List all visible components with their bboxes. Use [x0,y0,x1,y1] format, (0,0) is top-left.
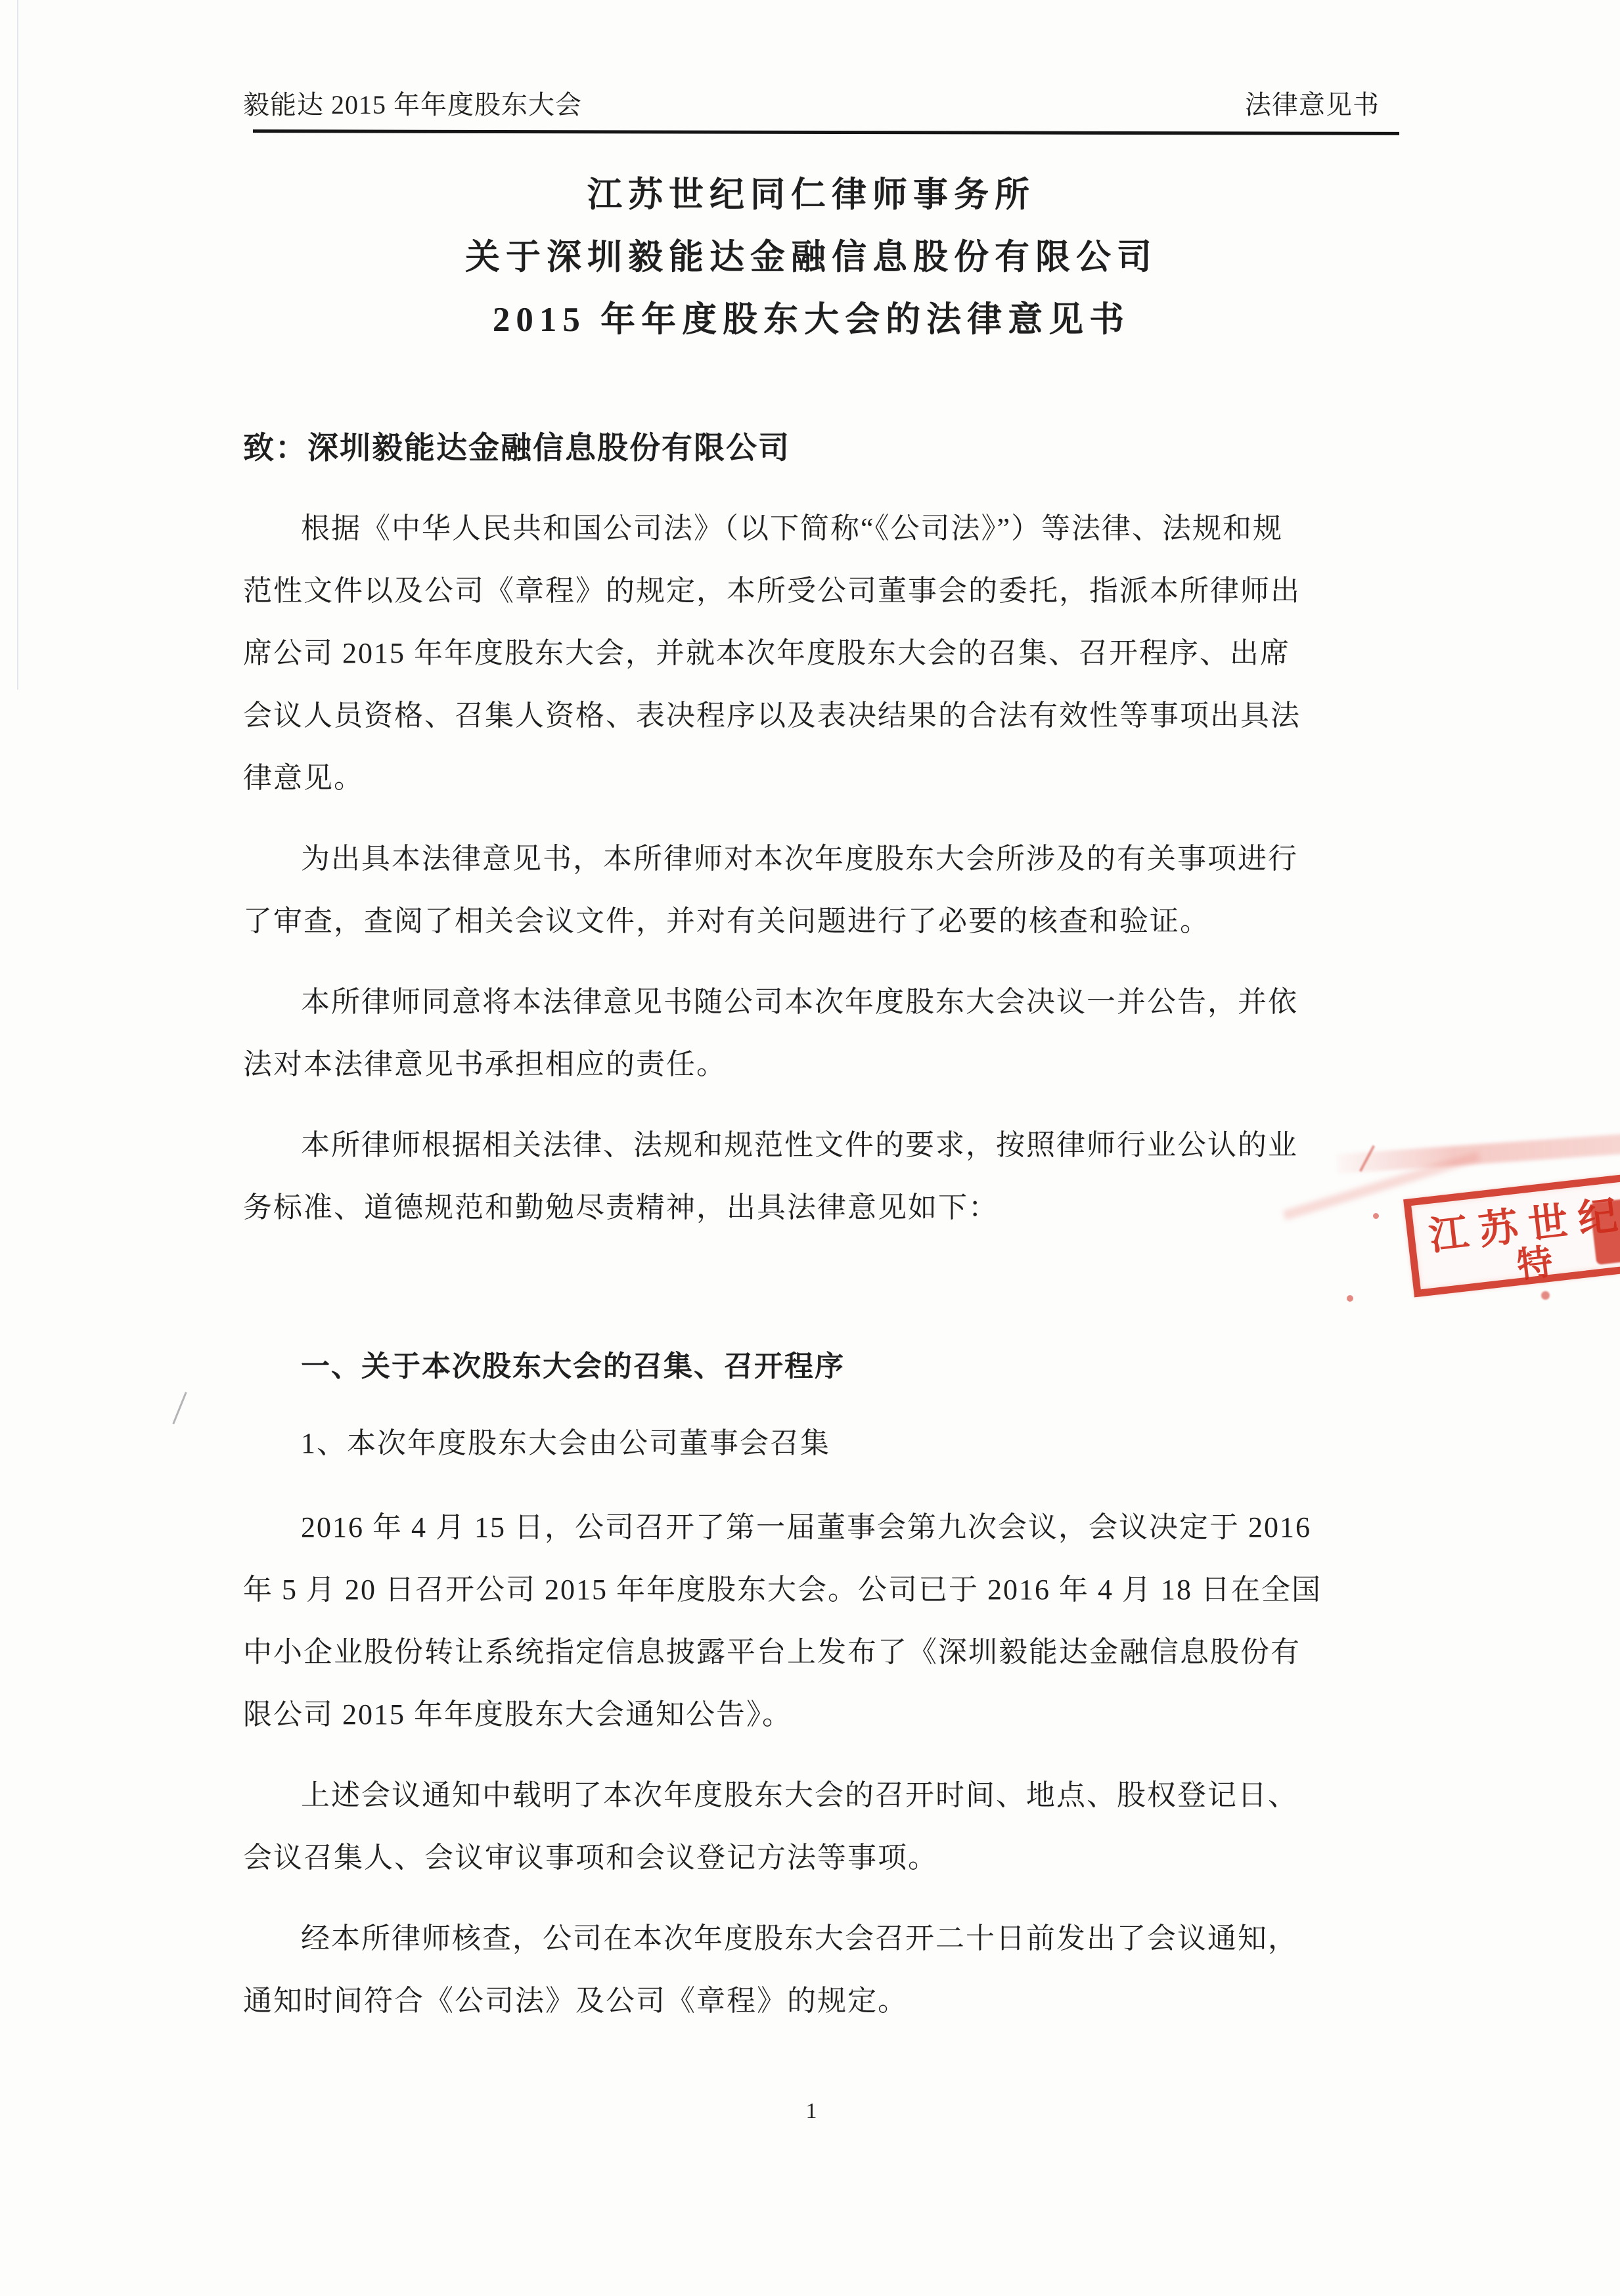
paragraph-basis: 根据《中华人民共和国公司法》（以下简称“《公司法》”）等法律、法规和规 范性文件… [243,497,1380,809]
page-number: 1 [243,2099,1380,2124]
paragraph-standards: 本所律师根据相关法律、法规和规范性文件的要求，按照律师行业公认的业 务标准、道德… [243,1114,1380,1239]
header-left-text: 毅能达 2015 年年度股东大会 [243,84,582,121]
stamp-ink-dot [1541,1291,1550,1300]
text-line: 中小企业股份转让系统指定信息披露平台上发布了《深圳毅能达金融信息股份有 [243,1621,1380,1683]
section-subheading-1: 1、本次年度股东大会由公司董事会召集 [243,1412,1380,1474]
subheading-line: 1、本次年度股东大会由公司董事会召集 [243,1412,1380,1474]
title-line-subject: 2015 年年度股东大会的法律意见书 [243,289,1380,351]
title-line-company: 关于深圳毅能达金融信息股份有限公司 [243,227,1380,289]
stamp-ink-dot [1347,1295,1353,1302]
paragraph-notice-contents: 上述会议通知中载明了本次年度股东大会的召开时间、地点、股权登记日、 会议召集人、… [243,1764,1380,1889]
text-line: 根据《中华人民共和国公司法》（以下简称“《公司法》”）等法律、法规和规 [243,497,1380,560]
paragraph-board-meeting: 2016 年 4 月 15 日，公司召开了第一届董事会第九次会议，会议决定于 2… [243,1496,1380,1746]
paragraph-review: 为出具本法律意见书，本所律师对本次年度股东大会所涉及的有关事项进行 了审查，查阅… [243,828,1380,952]
text-line: 会议人员资格、召集人资格、表决程序以及表决结果的合法有效性等事项出具法 [243,684,1380,747]
scan-edge-artifact [17,0,18,690]
text-line: 2016 年 4 月 15 日，公司召开了第一届董事会第九次会议，会议决定于 2… [243,1496,1380,1558]
law-firm-seal: 江苏世纪同仁 特 [1403,1163,1620,1298]
text-line: 上述会议通知中载明了本次年度股东大会的召开时间、地点、股权登记日、 [243,1764,1380,1826]
document-title: 江苏世纪同仁律师事务所 关于深圳毅能达金融信息股份有限公司 2015 年年度股东… [243,164,1380,351]
document-page: 毅能达 2015 年年度股东大会 法律意见书 江苏世纪同仁律师事务所 关于深圳毅… [0,0,1620,2296]
header-rule-line [253,129,1399,135]
text-line: 会议召集人、会议审议事项和会议登记方法等事项。 [243,1826,1380,1889]
paragraph-consent: 本所律师同意将本法律意见书随公司本次年度股东大会决议一并公告，并依 法对本法律意… [243,971,1380,1095]
text-line: 了审查，查阅了相关会议文件，并对有关问题进行了必要的核查和验证。 [243,890,1380,952]
paragraph-notice-verification: 经本所律师核查，公司在本次年度股东大会召开二十日前发出了会议通知， 通知时间符合… [243,1907,1380,2032]
text-line: 本所律师根据相关法律、法规和规范性文件的要求，按照律师行业公认的业 [243,1114,1380,1176]
document-body: 根据《中华人民共和国公司法》（以下简称“《公司法》”）等法律、法规和规 范性文件… [243,497,1380,2032]
heading-line: 一、关于本次股东大会的召集、召开程序 [243,1335,1380,1398]
text-line: 本所律师同意将本法律意见书随公司本次年度股东大会决议一并公告，并依 [243,971,1380,1033]
pencil-stray-mark [172,1392,187,1424]
title-line-firm: 江苏世纪同仁律师事务所 [243,164,1380,227]
text-line: 为出具本法律意见书，本所律师对本次年度股东大会所涉及的有关事项进行 [243,828,1380,890]
text-line: 限公司 2015 年年度股东大会通知公告》。 [243,1683,1380,1746]
text-line: 务标准、道德规范和勤勉尽责精神，出具法律意见如下： [243,1176,1380,1239]
text-line: 范性文件以及公司《章程》的规定，本所受公司董事会的委托，指派本所律师出 [243,560,1380,622]
page-header: 毅能达 2015 年年度股东大会 法律意见书 [243,84,1380,121]
text-line: 律意见。 [243,747,1380,809]
text-line: 经本所律师核查，公司在本次年度股东大会召开二十日前发出了会议通知， [243,1907,1380,1970]
salutation-line: 致：深圳毅能达金融信息股份有限公司 [243,424,790,468]
text-line: 通知时间符合《公司法》及公司《章程》的规定。 [243,1970,1380,2032]
stamp-ink-dot [1373,1213,1379,1219]
header-right-text: 法律意见书 [1245,84,1380,121]
text-line: 席公司 2015 年年度股东大会，并就本次年度股东大会的召集、召开程序、出席 [243,622,1380,684]
section-heading-1: 一、关于本次股东大会的召集、召开程序 [243,1335,1380,1398]
text-line: 法对本法律意见书承担相应的责任。 [243,1033,1380,1095]
text-line: 年 5 月 20 日召开公司 2015 年年度股东大会。公司已于 2016 年 … [243,1558,1380,1621]
